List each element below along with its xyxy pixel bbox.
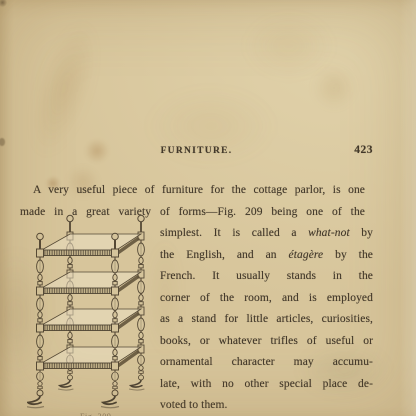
figure-caption: Fig. 209.: [27, 412, 167, 416]
text-line: ornamental character may accumu-: [160, 352, 373, 374]
running-header: FURNITURE. 423: [20, 146, 373, 160]
figure-209-whatnot: Fig. 209.: [27, 212, 167, 416]
text-line: voted to them.: [160, 395, 373, 416]
paragraph-wrapped: simplest. It is called a what-not by the…: [160, 223, 373, 416]
page-number: 423: [354, 144, 373, 156]
text-line: books, or whatever trifles of useful or: [160, 331, 373, 353]
scanned-book-page: FURNITURE. 423 A very useful piece of fu…: [0, 0, 416, 416]
running-title: FURNITURE.: [20, 146, 373, 156]
text-line: corner of the room, and is employed: [160, 288, 373, 310]
italic-term-etagere: étagère: [289, 249, 324, 261]
text-line: A very useful piece of furniture for the…: [20, 180, 365, 202]
text-line: late, with no other special place de-: [160, 374, 373, 396]
edge-speck: [0, 138, 5, 146]
whatnot-etagere-engraving: [27, 212, 167, 416]
corner-speck: [0, 0, 7, 7]
italic-term-whatnot: what-not: [308, 227, 350, 239]
text-line: the English, and an étagère by the: [160, 245, 373, 267]
paper-stain: [244, 14, 334, 78]
shelves: [39, 234, 141, 369]
paper-stain: [312, 66, 356, 110]
text-line: as a stand for little articles, curiosit…: [160, 309, 373, 331]
text-line: French. It usually stands in the: [160, 266, 373, 288]
paper-stain: [17, 13, 110, 164]
text-line: simplest. It is called a what-not by: [160, 223, 373, 245]
